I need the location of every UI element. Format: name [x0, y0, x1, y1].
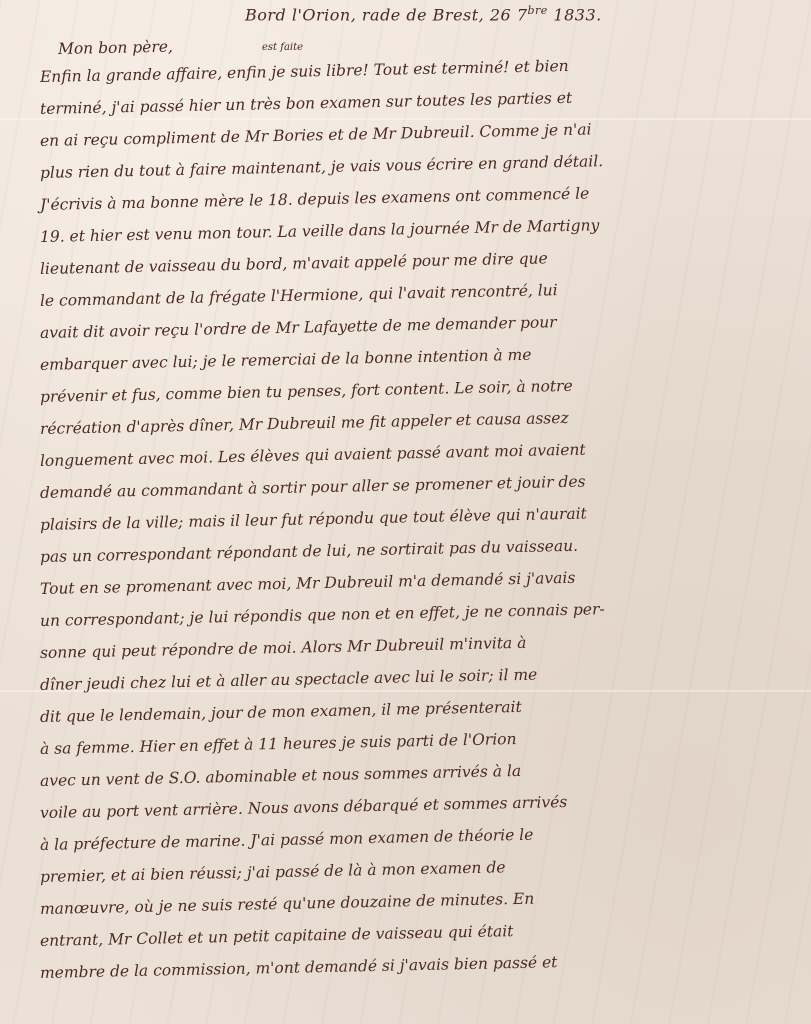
letter-heading: Bord l'Orion, rade de Brest, 26 7bre 183… — [245, 4, 602, 24]
text-line: longuement avec moi. Les élèves qui avai… — [40, 441, 586, 470]
text-line: prévenir et fus, comme bien tu penses, f… — [40, 377, 573, 406]
text-line: premier, et ai bien réussi; j'ai passé d… — [40, 858, 506, 886]
text-line: demandé au commandant à sortir pour alle… — [40, 473, 586, 502]
text-line: le commandant de la frégate l'Hermione, … — [40, 281, 558, 310]
heading-day: 26 — [490, 5, 511, 24]
text-line: à sa femme. Hier en effet à 11 heures je… — [40, 730, 517, 758]
text-line: lieutenant de vaisseau du bord, m'avait … — [40, 249, 548, 278]
text-line: Tout en se promenant avec moi, Mr Dubreu… — [40, 569, 576, 598]
text-line: dit que le lendemain, jour de mon examen… — [40, 698, 522, 726]
heading-place: Bord l'Orion, rade de Brest, — [245, 5, 484, 24]
text-line: manœuvre, où je ne suis resté qu'une dou… — [40, 890, 535, 918]
text-line: sonne qui peut répondre de moi. Alors Mr… — [40, 634, 527, 662]
heading-month: 7 — [517, 5, 528, 24]
text-line: entrant, Mr Collet et un petit capitaine… — [40, 922, 514, 950]
paper-fold — [0, 118, 811, 120]
text-line: avec un vent de S.O. abominable et nous … — [40, 762, 521, 790]
letter-page: Bord l'Orion, rade de Brest, 26 7bre 183… — [0, 0, 811, 1024]
text-line: 19. et hier est venu mon tour. La veille… — [40, 216, 600, 246]
text-line: J'écrivis à ma bonne mère le 18. depuis … — [40, 184, 590, 214]
text-line: voile au port vent arrière. Nous avons d… — [40, 793, 568, 822]
text-line: plaisirs de la ville; mais il leur fut r… — [40, 505, 587, 534]
heading-month-sup: bre — [528, 4, 548, 17]
text-line: Enfin la grande affaire, enfin je suis l… — [40, 57, 569, 86]
insertion-above: est faite — [262, 42, 303, 53]
text-line: embarquer avec lui; je le remerciai de l… — [40, 346, 532, 374]
text-line: en ai reçu compliment de Mr Bories et de… — [40, 120, 592, 150]
text-line: plus rien du tout à faire maintenant, je… — [40, 152, 603, 182]
text-line: à la préfecture de marine. J'ai passé mo… — [40, 826, 534, 854]
text-line: terminé, j'ai passé hier un très bon exa… — [40, 89, 573, 118]
text-line: un correspondant; je lui répondis que no… — [40, 600, 605, 630]
text-line: récréation d'après dîner, Mr Dubreuil me… — [40, 409, 569, 438]
heading-year: 1833. — [553, 5, 601, 24]
text-line: pas un correspondant répondant de lui, n… — [40, 537, 578, 566]
text-line: membre de la commission, m'ont demandé s… — [40, 953, 558, 982]
text-line: avait dit avoir reçu l'ordre de Mr Lafay… — [40, 313, 557, 342]
salutation: Mon bon père, — [58, 38, 173, 58]
